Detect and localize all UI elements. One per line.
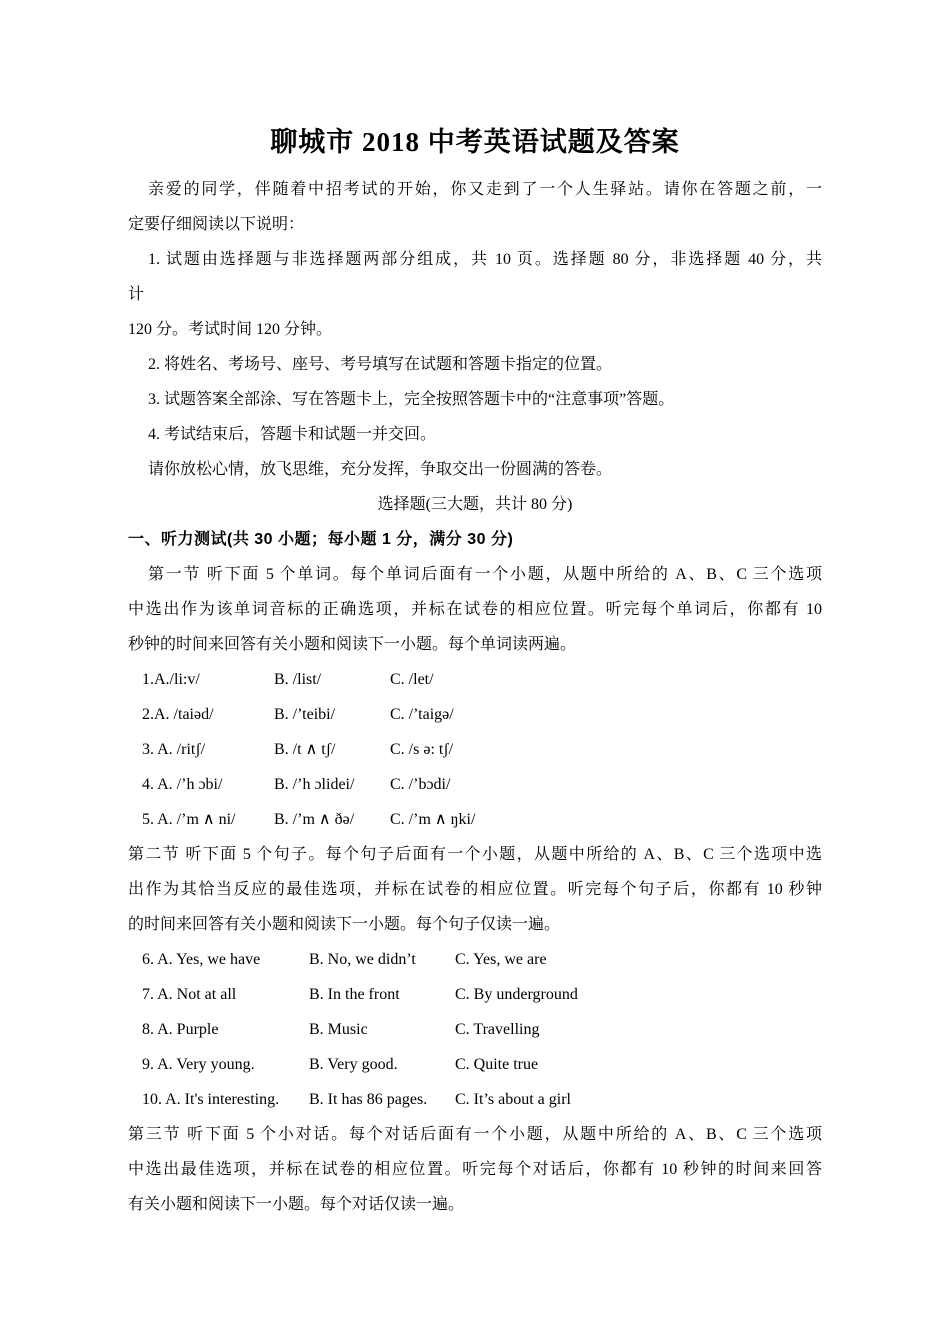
part1-intro-line-2: 中选出作为该单词音标的正确选项，并标在试卷的相应位置。听完每个单词后，你都有 1… bbox=[128, 592, 822, 627]
question-row-8: 8. A. Purple B. Music C. Travelling bbox=[142, 1012, 822, 1047]
part1-intro-line-3: 秒钟的时间来回答有关小题和阅读下一小题。每个单词读两遍。 bbox=[128, 627, 822, 662]
question-8-option-c: C. Travelling bbox=[455, 1012, 822, 1047]
question-row-2: 2.A. /taiəd/ B. /’teibi/ C. /’taigə/ bbox=[142, 697, 822, 732]
part1-intro-line-1: 第一节 听下面 5 个单词。每个单词后面有一个小题，从题中所给的 A、B、C 三… bbox=[128, 557, 822, 592]
part2-intro-line-3: 的时间来回答有关小题和阅读下一小题。每个句子仅读一遍。 bbox=[128, 907, 822, 942]
intro-rule-3: 3. 试题答案全部涂、写在答题卡上，完全按照答题卡中的“注意事项”答题。 bbox=[128, 382, 822, 417]
question-row-9: 9. A. Very young. B. Very good. C. Quite… bbox=[142, 1047, 822, 1082]
intro-rule-1: 1. 试题由选择题与非选择题两部分组成，共 10 页。选择题 80 分，非选择题… bbox=[128, 242, 822, 277]
part3-intro-line-2: 中选出最佳选项，并标在试卷的相应位置。听完每个对话后，你都有 10 秒钟的时间来… bbox=[128, 1152, 822, 1187]
question-row-4: 4. A. /’h ɔbi/ B. /’h ɔlidei/ C. /’bɔdi/ bbox=[142, 767, 822, 802]
listening-section-heading: 一、听力测试(共 30 小题；每小题 1 分，满分 30 分) bbox=[128, 522, 822, 557]
question-2-option-c: C. /’taigə/ bbox=[390, 697, 822, 732]
question-7-option-a: 7. A. Not at all bbox=[142, 977, 309, 1012]
question-3-option-c: C. /s ə: tʃ/ bbox=[390, 732, 822, 767]
question-row-1: 1.A./li:v/ B. /list/ C. /let/ bbox=[142, 662, 822, 697]
question-9-option-a: 9. A. Very young. bbox=[142, 1047, 309, 1082]
question-row-10: 10. A. It's interesting. B. It has 86 pa… bbox=[142, 1082, 822, 1117]
intro-rule-1-cont: 计 bbox=[128, 277, 822, 312]
part3-intro-line-3: 有关小题和阅读下一小题。每个对话仅读一遍。 bbox=[128, 1187, 822, 1222]
question-6-option-a: 6. A. Yes, we have bbox=[142, 942, 309, 977]
question-5-option-b: B. /’m ∧ ðə/ bbox=[274, 802, 390, 837]
question-6-option-c: C. Yes, we are bbox=[455, 942, 822, 977]
question-1-option-a: 1.A./li:v/ bbox=[142, 662, 274, 697]
question-10-option-a: 10. A. It's interesting. bbox=[142, 1082, 309, 1117]
question-9-option-b: B. Very good. bbox=[309, 1047, 455, 1082]
intro-rule-1-cont2: 120 分。考试时间 120 分钟。 bbox=[128, 312, 822, 347]
question-8-option-b: B. Music bbox=[309, 1012, 455, 1047]
document-title: 聊城市 2018 中考英语试题及答案 bbox=[128, 118, 822, 166]
question-2-option-a: 2.A. /taiəd/ bbox=[142, 697, 274, 732]
question-4-option-c: C. /’bɔdi/ bbox=[390, 767, 822, 802]
intro-line-1: 亲爱的同学，伴随着中招考试的开始，你又走到了一个人生驿站。请你在答题之前，一 bbox=[128, 172, 822, 207]
question-4-option-a: 4. A. /’h ɔbi/ bbox=[142, 767, 274, 802]
question-10-option-b: B. It has 86 pages. bbox=[309, 1082, 455, 1117]
question-3-option-a: 3. A. /ritʃ/ bbox=[142, 732, 274, 767]
intro-line-2: 定要仔细阅读以下说明： bbox=[128, 207, 822, 242]
intro-closing: 请你放松心情，放飞思维，充分发挥，争取交出一份圆满的答卷。 bbox=[128, 452, 822, 487]
question-7-option-c: C. By underground bbox=[455, 977, 822, 1012]
selection-section-title: 选择题(三大题，共计 80 分) bbox=[128, 487, 822, 522]
document-page: 聊城市 2018 中考英语试题及答案 亲爱的同学，伴随着中招考试的开始，你又走到… bbox=[0, 0, 950, 1344]
question-1-option-c: C. /let/ bbox=[390, 662, 822, 697]
part3-intro-line-1: 第三节 听下面 5 个小对话。每个对话后面有一个小题，从题中所给的 A、B、C … bbox=[128, 1117, 822, 1152]
part2-intro-line-2: 出作为其恰当反应的最佳选项，并标在试卷的相应位置。听完每个句子后，你都有 10 … bbox=[128, 872, 822, 907]
question-row-5: 5. A. /’m ∧ ni/ B. /’m ∧ ðə/ C. /’m ∧ ŋk… bbox=[142, 802, 822, 837]
question-4-option-b: B. /’h ɔlidei/ bbox=[274, 767, 390, 802]
question-5-option-c: C. /’m ∧ ŋki/ bbox=[390, 802, 822, 837]
intro-rule-2: 2. 将姓名、考场号、座号、考号填写在试题和答题卡指定的位置。 bbox=[128, 347, 822, 382]
question-row-6: 6. A. Yes, we have B. No, we didn’t C. Y… bbox=[142, 942, 822, 977]
question-3-option-b: B. /t ∧ tʃ/ bbox=[274, 732, 390, 767]
intro-rule-4: 4. 考试结束后，答题卡和试题一并交回。 bbox=[128, 417, 822, 452]
question-row-7: 7. A. Not at all B. In the front C. By u… bbox=[142, 977, 822, 1012]
question-9-option-c: C. Quite true bbox=[455, 1047, 822, 1082]
question-1-option-b: B. /list/ bbox=[274, 662, 390, 697]
question-6-option-b: B. No, we didn’t bbox=[309, 942, 455, 977]
question-8-option-a: 8. A. Purple bbox=[142, 1012, 309, 1047]
question-2-option-b: B. /’teibi/ bbox=[274, 697, 390, 732]
question-5-option-a: 5. A. /’m ∧ ni/ bbox=[142, 802, 274, 837]
question-7-option-b: B. In the front bbox=[309, 977, 455, 1012]
question-10-option-c: C. It’s about a girl bbox=[455, 1082, 822, 1117]
question-row-3: 3. A. /ritʃ/ B. /t ∧ tʃ/ C. /s ə: tʃ/ bbox=[142, 732, 822, 767]
part2-intro-line-1: 第二节 听下面 5 个句子。每个句子后面有一个小题，从题中所给的 A、B、C 三… bbox=[128, 837, 822, 872]
